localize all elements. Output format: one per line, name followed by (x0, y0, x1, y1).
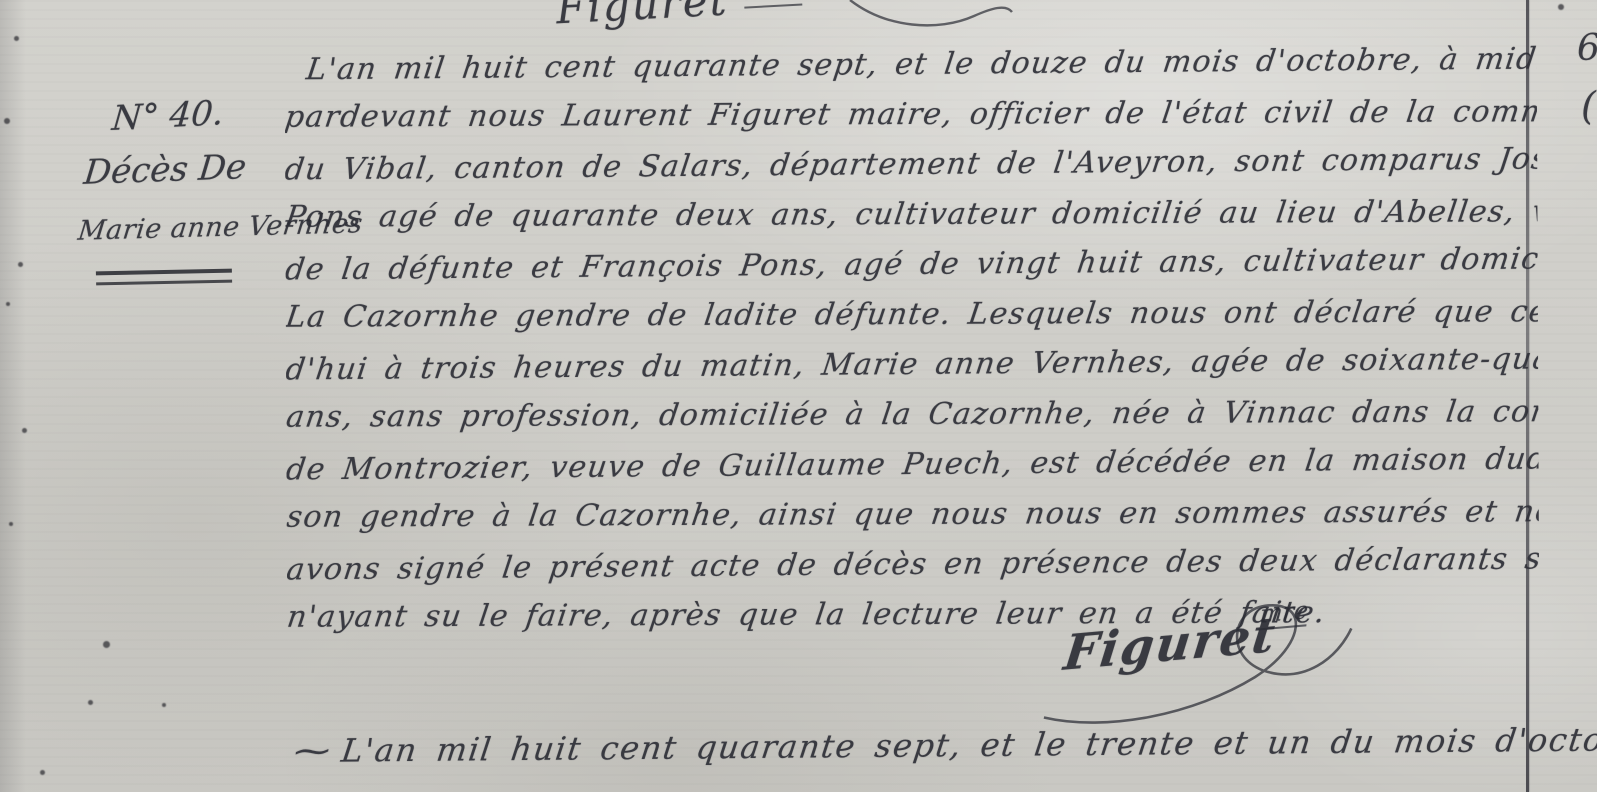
act-line-2: pardevant nous Laurent Figuret maire, of… (285, 87, 1540, 142)
ink-speck (1558, 4, 1564, 10)
ink-speck (4, 118, 10, 124)
act-line-4: Pons agé de quarante deux ans, cultivate… (285, 187, 1540, 242)
ink-speck (6, 302, 10, 306)
ink-speck (103, 641, 110, 648)
ink-speck (9, 522, 13, 526)
signature-flourish-top (846, 0, 1016, 36)
act-number-note: N° 40. (110, 93, 225, 139)
mayor-signature-title: mre (1258, 596, 1309, 631)
act-type-note: Décès De (82, 147, 248, 193)
ink-speck (18, 262, 23, 267)
act-line-9: de Montrozier, veuve de Guillaume Puech,… (285, 435, 1540, 496)
act-line-8: ans, sans profession, domiciliée à la Ca… (285, 387, 1540, 442)
ink-speck (162, 703, 166, 707)
act-line-6: La Cazornhe gendre de ladite défunte. Le… (285, 287, 1540, 342)
act-line-1: L'an mil huit cent quarante sept, et le … (285, 37, 1540, 95)
act-line-3: du Vibal, canton de Salars, département … (285, 135, 1540, 196)
act-line-7: d'hui à trois heures du matin, Marie ann… (285, 335, 1540, 396)
adjacent-page-ink-fragment: 6 (1577, 28, 1597, 69)
adjacent-page-ink-fragment: ( (1581, 84, 1596, 128)
ink-speck (22, 428, 27, 433)
act-body: L'an mil huit cent quarante sept, et le … (285, 37, 1540, 658)
ruled-margin-line (1526, 0, 1529, 792)
margin-underline-flourish (96, 269, 232, 286)
ink-speck (14, 36, 19, 41)
act-line-5: de la défunte et François Pons, agé de v… (285, 235, 1540, 296)
previous-act-signature-title: mre (742, 0, 802, 9)
lead-in-stroke: ~ (288, 732, 339, 770)
ink-speck (40, 770, 45, 775)
ink-speck (88, 700, 93, 705)
act-line-10: son gendre à la Cazornhe, ainsi que nous… (285, 487, 1540, 542)
